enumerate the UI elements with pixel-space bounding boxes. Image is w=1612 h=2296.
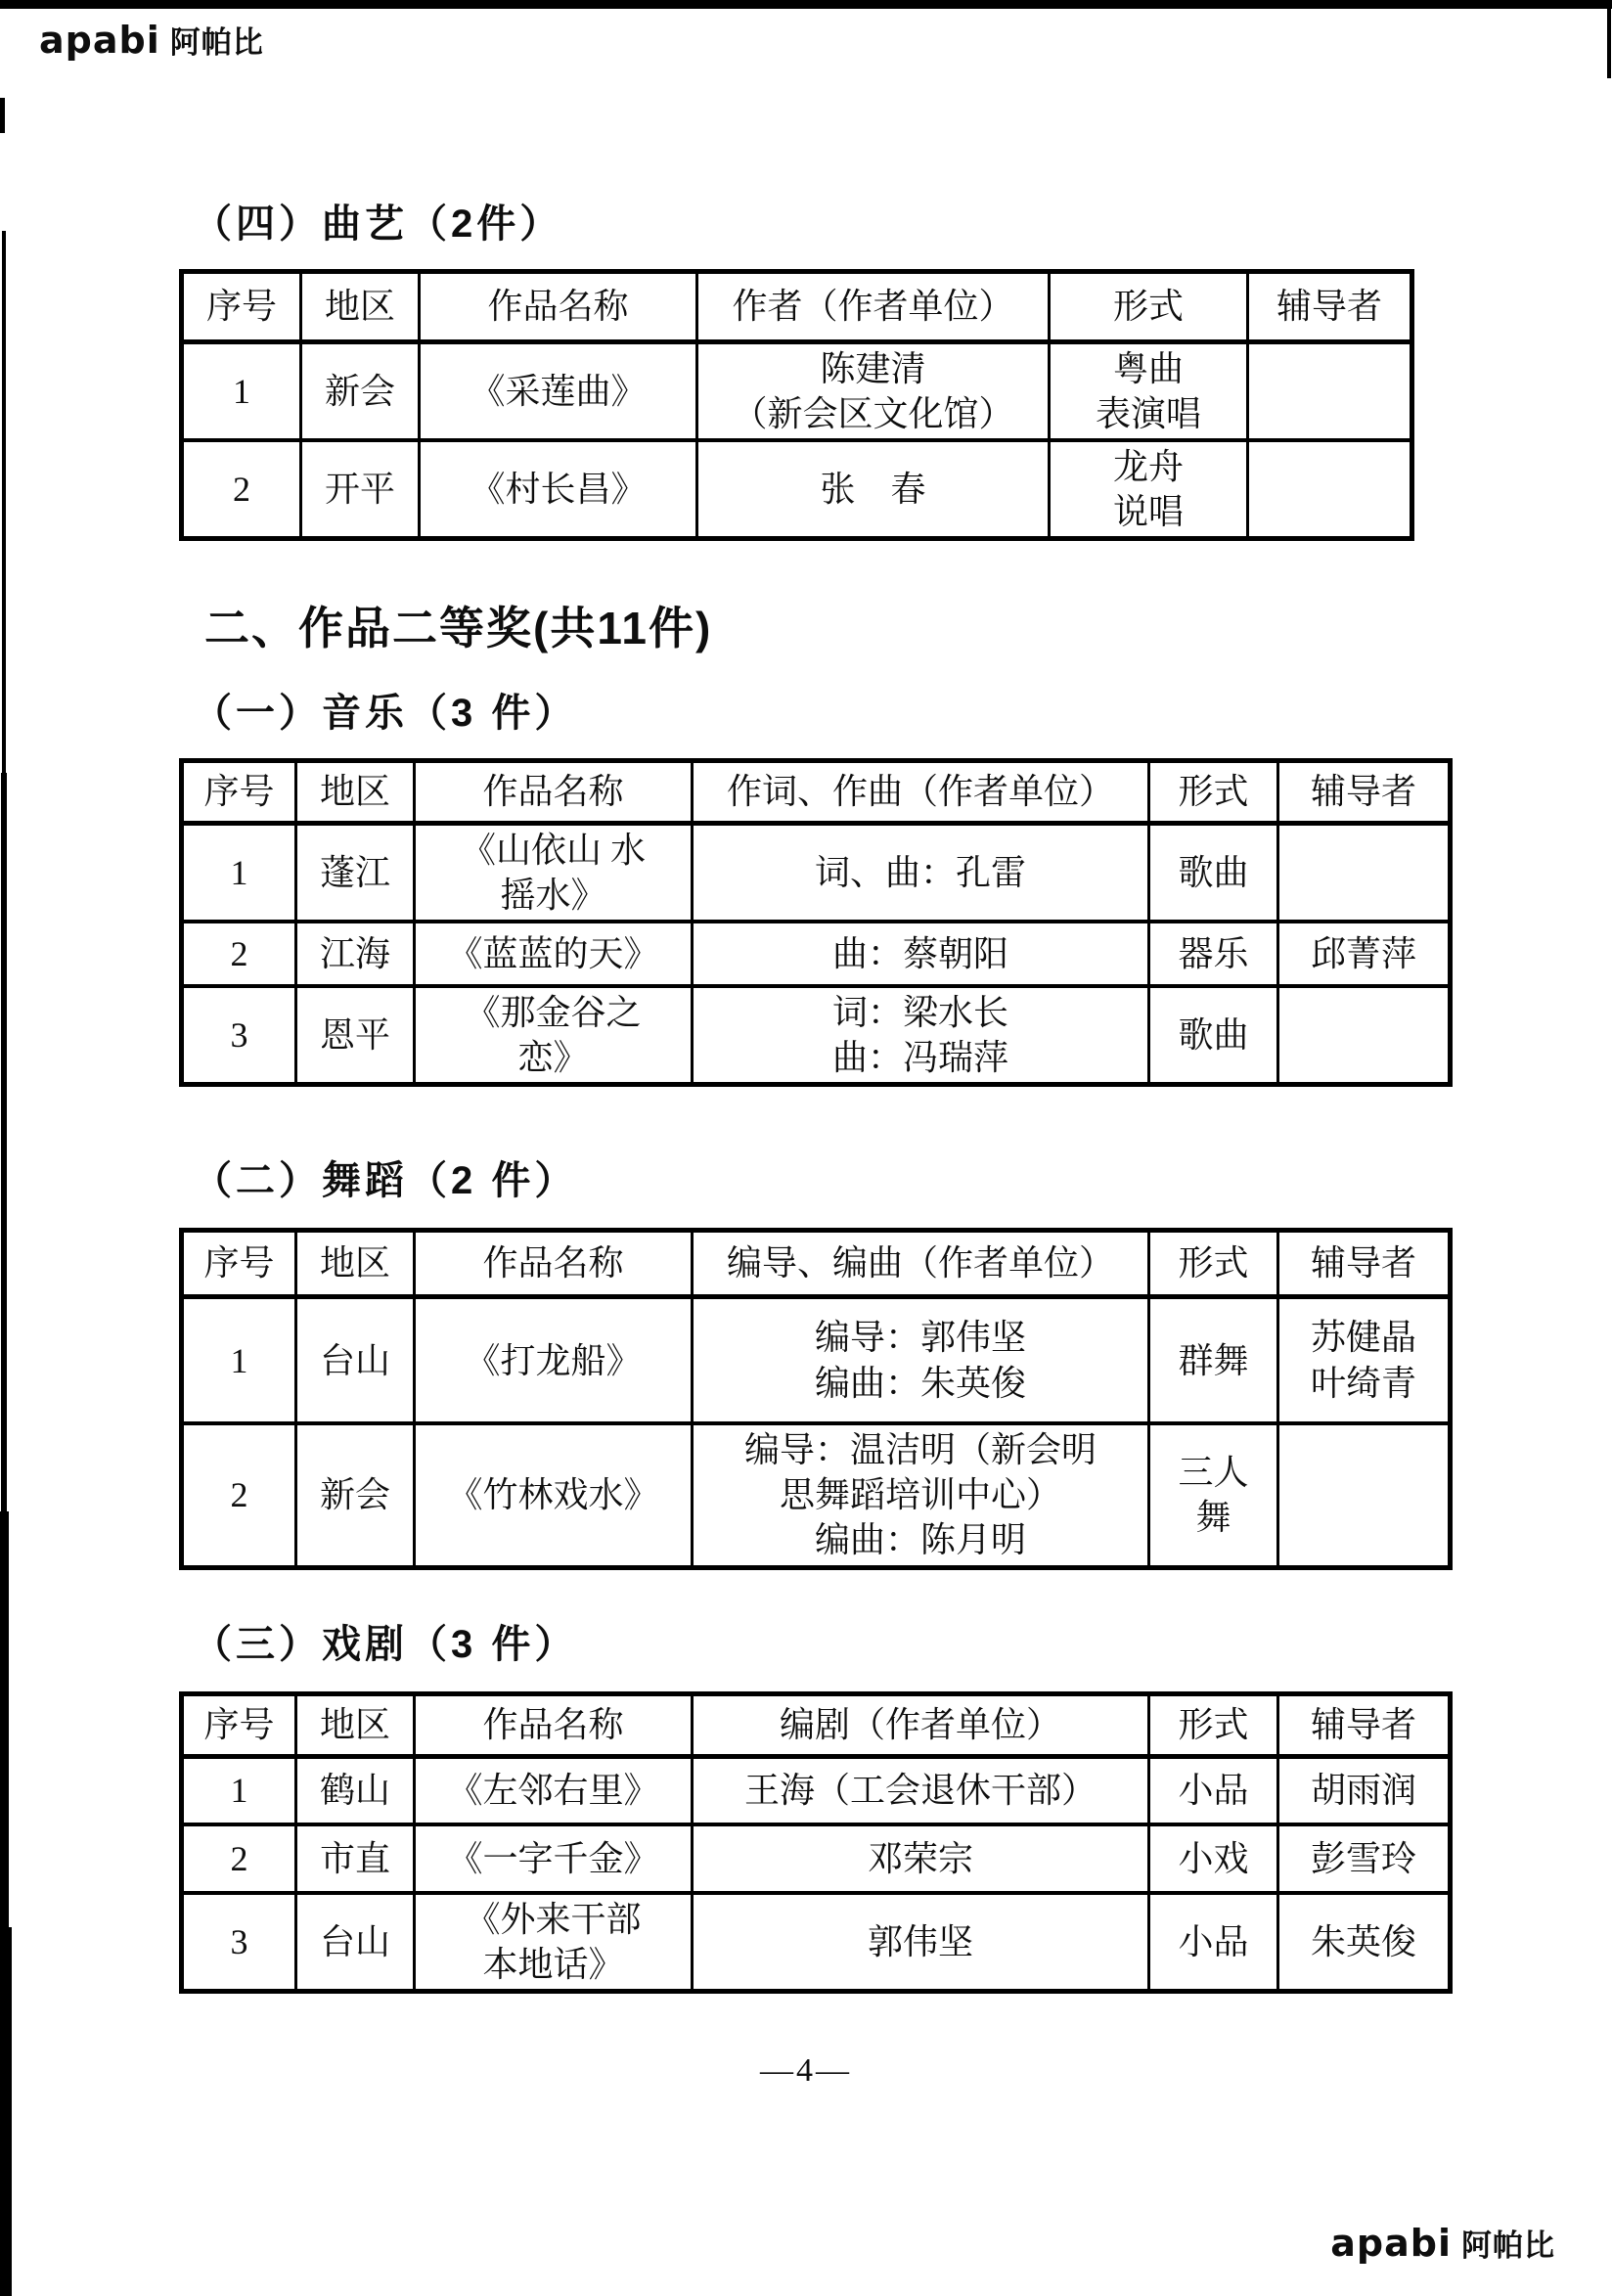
column-header: 作品名称 <box>415 1693 693 1756</box>
table-cell: 恩平 <box>296 986 415 1085</box>
column-header: 形式 <box>1149 1693 1278 1756</box>
section-title-music: （一）音乐（3 件） <box>193 690 1460 737</box>
table-cell: 粤曲 表演唱 <box>1050 342 1248 441</box>
table-cell: 1 <box>182 823 296 922</box>
scan-line <box>2 231 6 779</box>
column-header: 序号 <box>182 272 301 342</box>
table-cell: 群舞 <box>1149 1296 1278 1423</box>
awards-table-quyi: 序号地区作品名称作者（作者单位）形式辅导者 1新会《采莲曲》陈建清 （新会区文化… <box>179 269 1414 541</box>
table-cell: 朱英俊 <box>1278 1893 1451 1992</box>
awards-table-music: 序号地区作品名称作词、作曲（作者单位）形式辅导者 1蓬江《山依山 水 摇水》词、… <box>179 758 1453 1087</box>
table-cell: 《村长昌》 <box>420 440 697 539</box>
page-content: （四）曲艺（2件） 序号地区作品名称作者（作者单位）形式辅导者 1新会《采莲曲》… <box>179 201 1460 1994</box>
table-cell: 2 <box>182 922 296 986</box>
table-cell: 小品 <box>1149 1893 1278 1992</box>
column-header: 作词、作曲（作者单位） <box>693 760 1149 823</box>
table-row: 2开平《村长昌》张 春龙舟 说唱 <box>182 440 1412 539</box>
column-header: 序号 <box>182 760 296 823</box>
table-cell: 鹤山 <box>296 1756 415 1824</box>
column-header: 序号 <box>182 1230 296 1296</box>
table-cell: 开平 <box>301 440 420 539</box>
table-cell: 2 <box>182 440 301 539</box>
table-row: 1台山《打龙船》编导：郭伟坚 编曲：朱英俊群舞苏健晶 叶绮青 <box>182 1296 1451 1423</box>
table-cell: 器乐 <box>1149 922 1278 986</box>
scan-line <box>1607 8 1611 78</box>
table-cell: 三人 舞 <box>1149 1423 1278 1567</box>
header-row: 序号地区作品名称作者（作者单位）形式辅导者 <box>182 272 1412 342</box>
table-cell: 1 <box>182 1296 296 1423</box>
second-prize-heading: 二、作品二等奖(共11件) <box>204 602 1460 655</box>
table-cell: 1 <box>182 1756 296 1824</box>
column-header: 形式 <box>1149 760 1278 823</box>
apabi-logo-latin: apabi <box>39 19 160 62</box>
table-cell: 编导：温洁明（新会明 思舞蹈培训中心） 编曲：陈月明 <box>693 1423 1149 1567</box>
table-cell: 词、曲：孔雷 <box>693 823 1149 922</box>
table-cell: 3 <box>182 1893 296 1992</box>
table-cell: 小品 <box>1149 1756 1278 1824</box>
column-header: 辅导者 <box>1248 272 1412 342</box>
table-cell <box>1278 823 1451 922</box>
column-header: 作品名称 <box>420 272 697 342</box>
table-cell: 王海（工会退休干部） <box>693 1756 1149 1824</box>
table-cell: 编导：郭伟坚 编曲：朱英俊 <box>693 1296 1149 1423</box>
scan-top-bar <box>0 0 1612 9</box>
column-header: 序号 <box>182 1693 296 1756</box>
table-cell: 曲：蔡朝阳 <box>693 922 1149 986</box>
column-header: 作品名称 <box>415 760 693 823</box>
section-title-drama: （三）戏剧（3 件） <box>193 1621 1460 1668</box>
table-cell <box>1278 1423 1451 1567</box>
table-row: 2新会《竹林戏水》编导：温洁明（新会明 思舞蹈培训中心） 编曲：陈月明三人 舞 <box>182 1423 1451 1567</box>
table-cell: 《山依山 水 摇水》 <box>415 823 693 922</box>
section-title-quyi: （四）曲艺（2件） <box>193 201 1460 248</box>
column-header: 作品名称 <box>415 1230 693 1296</box>
table-cell: 新会 <box>301 342 420 441</box>
table-cell: 词：梁水长 曲：冯瑞萍 <box>693 986 1149 1085</box>
apabi-logo-chinese: 阿帕比 <box>170 18 264 62</box>
header-row: 序号地区作品名称编导、编曲（作者单位）形式辅导者 <box>182 1230 1451 1296</box>
table-row: 1新会《采莲曲》陈建清 （新会区文化馆）粤曲 表演唱 <box>182 342 1412 441</box>
table-cell: 《竹林戏水》 <box>415 1423 693 1567</box>
apabi-logo-latin: apabi <box>1330 2222 1452 2265</box>
table-cell: 小戏 <box>1149 1824 1278 1893</box>
column-header: 作者（作者单位） <box>697 272 1050 342</box>
table-row: 1蓬江《山依山 水 摇水》词、曲：孔雷歌曲 <box>182 823 1451 922</box>
header-row: 序号地区作品名称编剧（作者单位）形式辅导者 <box>182 1693 1451 1756</box>
column-header: 形式 <box>1050 272 1248 342</box>
table-cell: 2 <box>182 1423 296 1567</box>
table-cell: 邓荣宗 <box>693 1824 1149 1893</box>
table-cell: 张 春 <box>697 440 1050 539</box>
table-cell: 新会 <box>296 1423 415 1567</box>
apabi-logo-top: apabi 阿帕比 <box>39 18 264 62</box>
page-number: —4— <box>0 2052 1612 2090</box>
table-cell: 市直 <box>296 1824 415 1893</box>
scan-line <box>1 773 7 1516</box>
table-cell: 邱菁萍 <box>1278 922 1451 986</box>
awards-table-drama: 序号地区作品名称编剧（作者单位）形式辅导者 1鹤山《左邻右里》王海（工会退休干部… <box>179 1691 1453 1995</box>
table-cell: 江海 <box>296 922 415 986</box>
table-row: 3台山《外来干部 本地话》郭伟坚小品朱英俊 <box>182 1893 1451 1992</box>
table-cell: 《一字千金》 <box>415 1824 693 1893</box>
scan-line <box>0 1927 12 2296</box>
apabi-logo-chinese: 阿帕比 <box>1461 2221 1555 2265</box>
table-cell: 《打龙船》 <box>415 1296 693 1423</box>
table-row: 2市直《一字千金》邓荣宗小戏彭雪玲 <box>182 1824 1451 1893</box>
table-row: 2江海《蓝蓝的天》曲：蔡朝阳器乐邱菁萍 <box>182 922 1451 986</box>
table-cell: 台山 <box>296 1893 415 1992</box>
column-header: 编剧（作者单位） <box>693 1693 1149 1756</box>
apabi-logo-bottom: apabi 阿帕比 <box>1330 2221 1555 2265</box>
table-cell: 《左邻右里》 <box>415 1756 693 1824</box>
column-header: 编导、编曲（作者单位） <box>693 1230 1149 1296</box>
table-cell: 《采莲曲》 <box>420 342 697 441</box>
scan-line <box>0 1511 9 1934</box>
table-cell: 3 <box>182 986 296 1085</box>
table-cell: 《蓝蓝的天》 <box>415 922 693 986</box>
table-cell: 《外来干部 本地话》 <box>415 1893 693 1992</box>
table-cell: 台山 <box>296 1296 415 1423</box>
column-header: 地区 <box>301 272 420 342</box>
table-cell: 彭雪玲 <box>1278 1824 1451 1893</box>
awards-table-dance: 序号地区作品名称编导、编曲（作者单位）形式辅导者 1台山《打龙船》编导：郭伟坚 … <box>179 1228 1453 1570</box>
table-cell: 郭伟坚 <box>693 1893 1149 1992</box>
table-cell <box>1248 440 1412 539</box>
table-cell: 《那金谷之 恋》 <box>415 986 693 1085</box>
table-cell: 歌曲 <box>1149 823 1278 922</box>
header-row: 序号地区作品名称作词、作曲（作者单位）形式辅导者 <box>182 760 1451 823</box>
table-cell: 龙舟 说唱 <box>1050 440 1248 539</box>
table-row: 1鹤山《左邻右里》王海（工会退休干部）小品胡雨润 <box>182 1756 1451 1824</box>
column-header: 辅导者 <box>1278 1693 1451 1756</box>
column-header: 辅导者 <box>1278 1230 1451 1296</box>
column-header: 地区 <box>296 1693 415 1756</box>
column-header: 辅导者 <box>1278 760 1451 823</box>
column-header: 地区 <box>296 760 415 823</box>
table-cell: 1 <box>182 342 301 441</box>
table-cell: 苏健晶 叶绮青 <box>1278 1296 1451 1423</box>
table-cell: 2 <box>182 1824 296 1893</box>
table-cell <box>1248 342 1412 441</box>
table-cell: 胡雨润 <box>1278 1756 1451 1824</box>
table-cell: 陈建清 （新会区文化馆） <box>697 342 1050 441</box>
section-title-dance: （二）舞蹈（2 件） <box>193 1157 1460 1204</box>
table-cell <box>1278 986 1451 1085</box>
table-cell: 歌曲 <box>1149 986 1278 1085</box>
column-header: 地区 <box>296 1230 415 1296</box>
column-header: 形式 <box>1149 1230 1278 1296</box>
table-cell: 蓬江 <box>296 823 415 922</box>
table-row: 3恩平《那金谷之 恋》词：梁水长 曲：冯瑞萍歌曲 <box>182 986 1451 1085</box>
scan-line <box>0 98 5 133</box>
